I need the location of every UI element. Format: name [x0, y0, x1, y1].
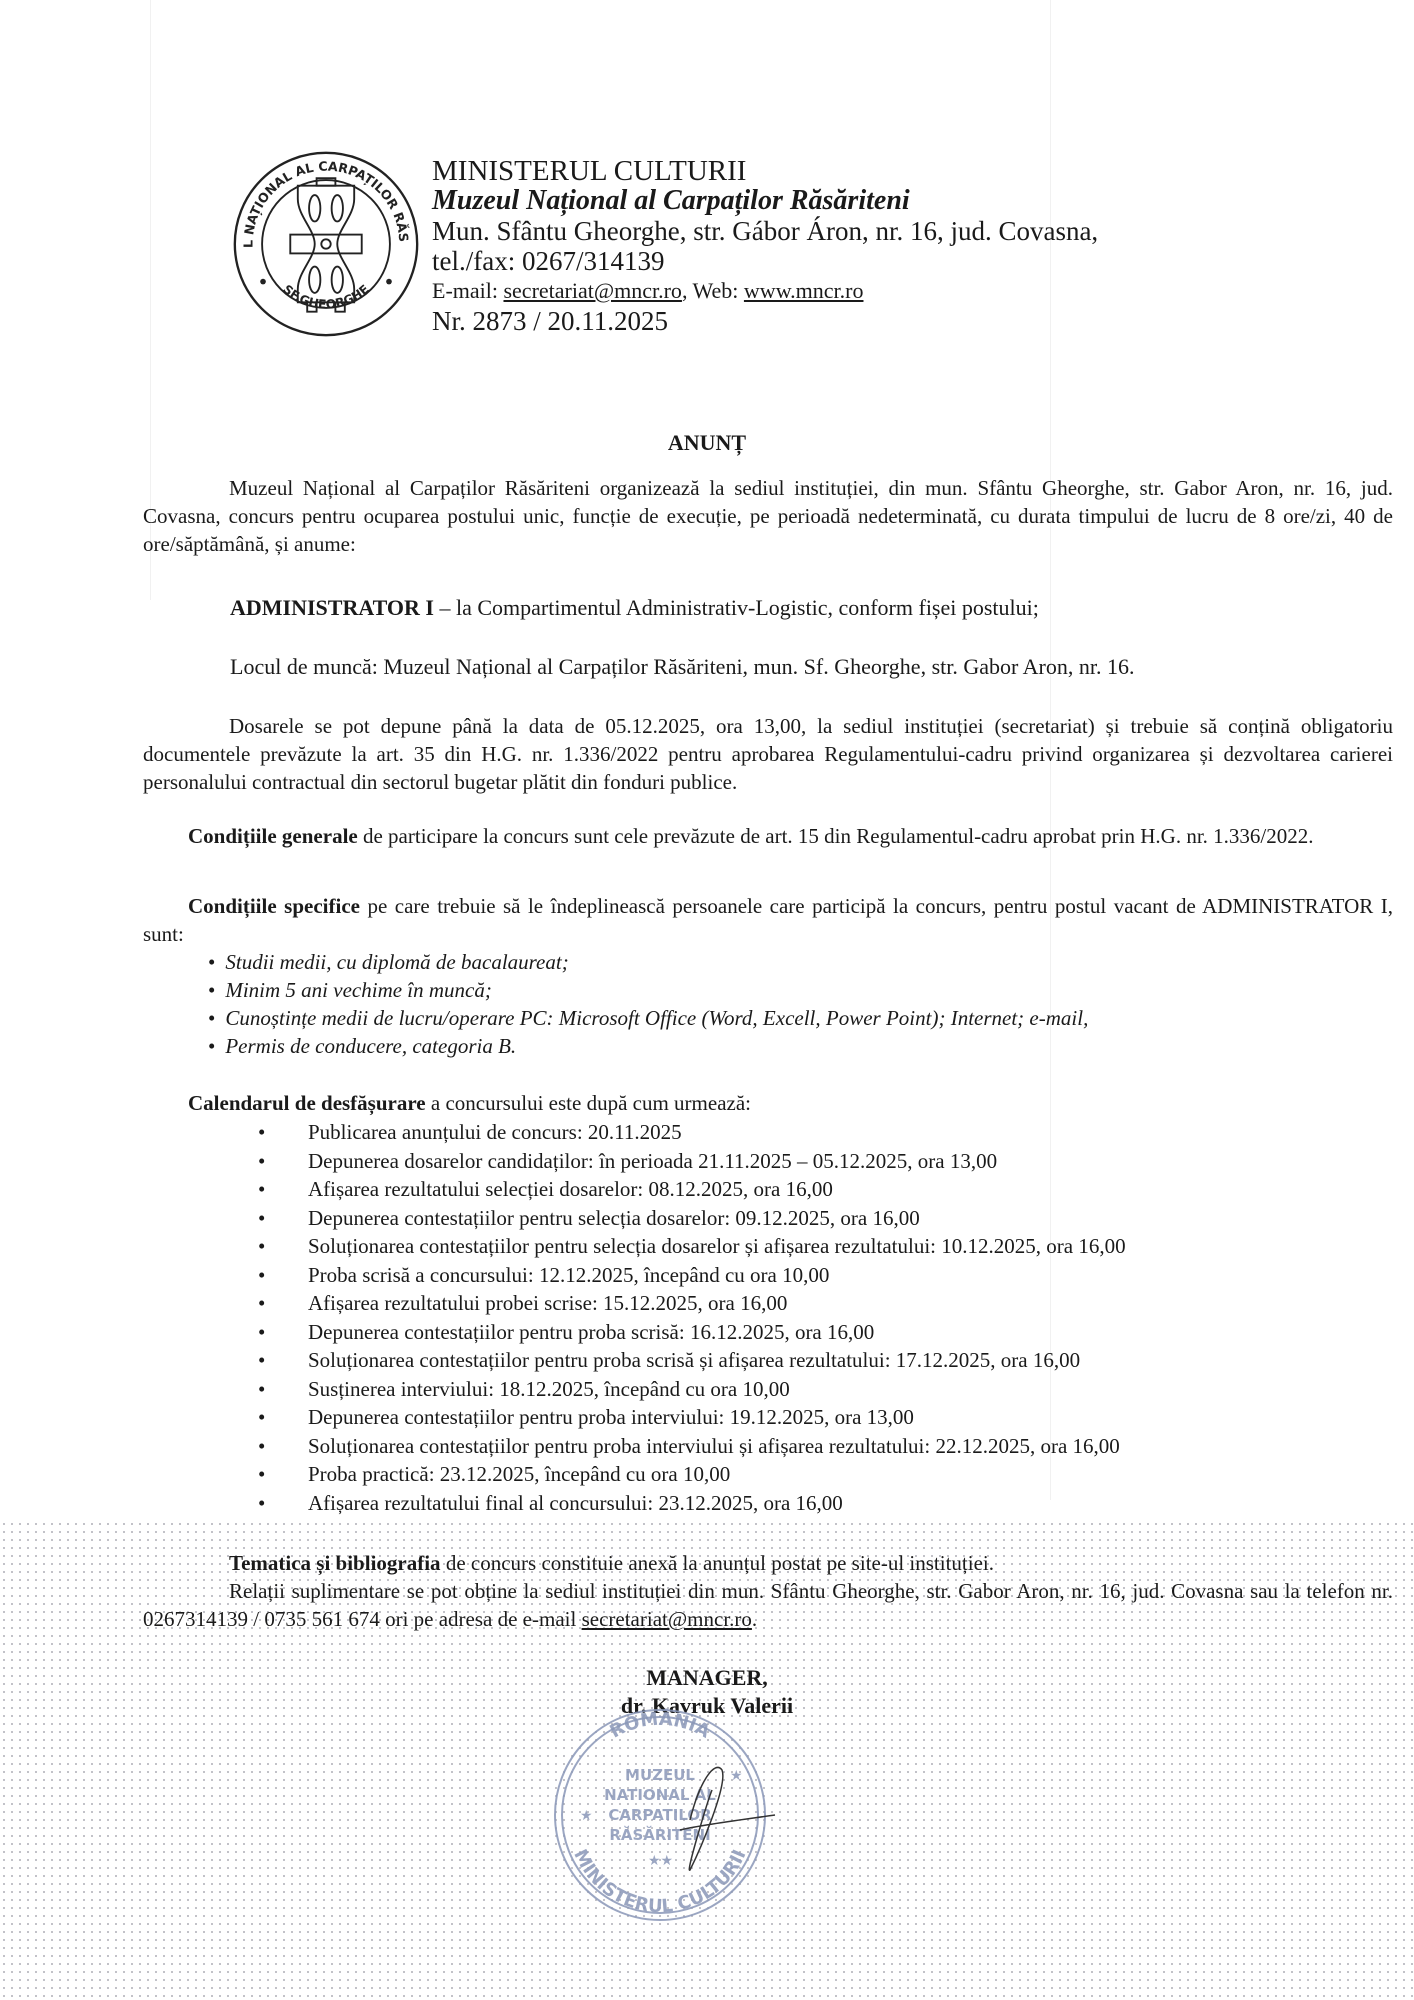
- museum-address: Mun. Sfântu Gheorghe, str. Gábor Áron, n…: [432, 216, 1098, 246]
- list-item: Depunerea dosarelor candidaților: în per…: [258, 1147, 1126, 1176]
- museum-logo-icon: MUZEUL NAȚIONAL AL CARPAȚILOR RĂSĂRITENI…: [232, 150, 420, 338]
- official-stamp-icon: ROMÂNIA MINISTERUL CULTURII MUZEUL NATIO…: [540, 1700, 780, 1930]
- list-item: Depunerea contestațiilor pentru proba in…: [258, 1403, 1126, 1432]
- registration-number: Nr. 2873 / 20.11.2025: [432, 306, 1098, 336]
- museum-name: Muzeul Național al Carpaților Răsăriteni: [432, 186, 1098, 216]
- svg-text:CARPATILOR: CARPATILOR: [608, 1806, 712, 1824]
- list-item: Cunoștințe medii de lucru/operare PC: Mi…: [208, 1004, 1088, 1032]
- svg-text:★: ★: [580, 1808, 593, 1824]
- list-item: Studii medii, cu diplomă de bacalaureat;: [208, 948, 1088, 976]
- specific-conditions: Condițiile specifice pe care trebuie să …: [143, 892, 1393, 948]
- calendar-heading: Calendarul de desfășurare a concursului …: [188, 1089, 1414, 1117]
- web-link[interactable]: www.mncr.ro: [744, 278, 864, 303]
- list-item: Afișarea rezultatului selecției dosarelo…: [258, 1175, 1126, 1204]
- list-item: Susținerea interviului: 18.12.2025, înce…: [258, 1375, 1126, 1404]
- list-item: Proba practică: 23.12.2025, începând cu …: [258, 1460, 1126, 1489]
- requirements-list: Studii medii, cu diplomă de bacalaureat;…: [208, 948, 1088, 1060]
- workplace-line: Locul de muncă: Muzeul Național al Carpa…: [230, 653, 1330, 681]
- position-name: ADMINISTRATOR I: [230, 595, 434, 620]
- svg-text:★: ★: [730, 1768, 743, 1784]
- contact-email-link[interactable]: secretariat@mncr.ro: [582, 1607, 752, 1631]
- svg-text:SF.GHEORGHE: SF.GHEORGHE: [280, 282, 372, 312]
- dossier-paragraph: Dosarele se pot depune până la data de 0…: [143, 712, 1393, 796]
- position-line: ADMINISTRATOR I – la Compartimentul Admi…: [230, 594, 1330, 622]
- contact-paragraph: Relații suplimentare se pot obține la se…: [143, 1577, 1393, 1633]
- document-title: ANUNȚ: [0, 430, 1414, 456]
- svg-text:MUZEUL NAȚIONAL AL CARPAȚILOR: MUZEUL NAȚIONAL AL CARPAȚILOR RĂSĂRITENI: [232, 150, 411, 248]
- svg-text:MUZEUL: MUZEUL: [625, 1766, 695, 1784]
- list-item: Depunerea contestațiilor pentru selecția…: [258, 1204, 1126, 1233]
- ministry-name: MINISTERUL CULTURII: [432, 156, 1098, 186]
- list-item: Publicarea anunțului de concurs: 20.11.2…: [258, 1118, 1126, 1147]
- list-item: Afișarea rezultatului probei scrise: 15.…: [258, 1289, 1126, 1318]
- email-link[interactable]: secretariat@mncr.ro: [503, 278, 681, 303]
- intro-paragraph: Muzeul Național al Carpaților Răsăriteni…: [143, 474, 1393, 558]
- list-item: Soluționarea contestațiilor pentru selec…: [258, 1232, 1126, 1261]
- museum-phone: tel./fax: 0267/314139: [432, 246, 1098, 276]
- contact-line: E-mail: secretariat@mncr.ro, Web: www.mn…: [432, 276, 1098, 306]
- list-item: Permis de conducere, categoria B.: [208, 1032, 1088, 1060]
- list-item: Proba scrisă a concursului: 12.12.2025, …: [258, 1261, 1126, 1290]
- svg-text:ROMÂNIA: ROMÂNIA: [607, 1708, 714, 1743]
- letterhead: MINISTERUL CULTURII Muzeul Național al C…: [432, 156, 1098, 336]
- calendar-list: Publicarea anunțului de concurs: 20.11.2…: [258, 1118, 1126, 1517]
- list-item: Soluționarea contestațiilor pentru proba…: [258, 1346, 1126, 1375]
- list-item: Depunerea contestațiilor pentru proba sc…: [258, 1318, 1126, 1347]
- general-conditions: Condițiile generale de participare la co…: [143, 822, 1393, 850]
- list-item: Soluționarea contestațiilor pentru proba…: [258, 1432, 1126, 1461]
- signature-role: MANAGER,: [0, 1664, 1414, 1692]
- list-item: Minim 5 ani vechime în muncă;: [208, 976, 1088, 1004]
- list-item: Afișarea rezultatului final al concursul…: [258, 1489, 1126, 1518]
- bibliography-paragraph: Tematica și bibliografia de concurs cons…: [143, 1549, 1393, 1577]
- svg-text:★★: ★★: [648, 1853, 673, 1869]
- svg-text:NATIONAL AL: NATIONAL AL: [604, 1786, 716, 1804]
